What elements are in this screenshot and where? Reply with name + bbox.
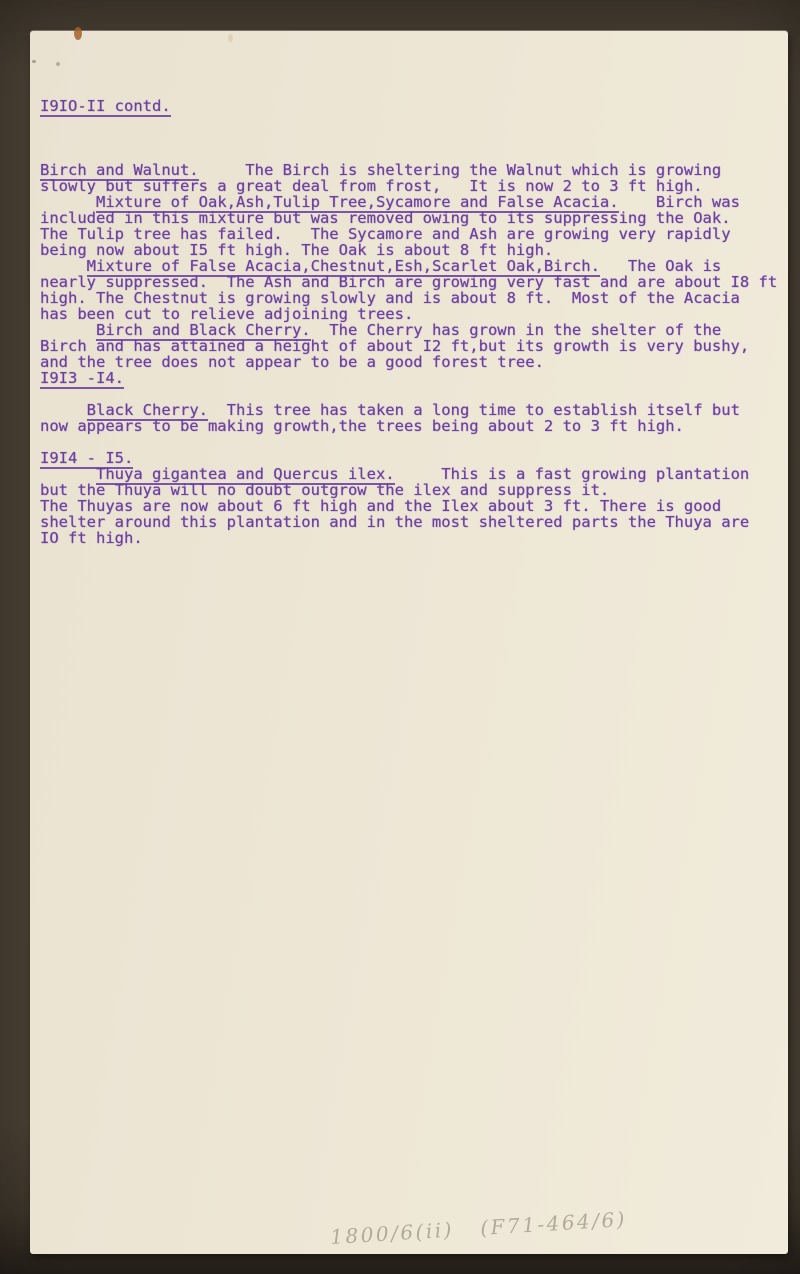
paper-speck — [32, 60, 36, 63]
typed-text-run: IO ft high. — [40, 529, 143, 547]
typed-line — [40, 130, 800, 146]
typewritten-text: I9IO-II contd. Birch and Walnut. The Bir… — [40, 98, 800, 546]
typed-line: The Tulip tree has failed. The Sycamore … — [40, 226, 800, 242]
typed-line: high. The Chestnut is growing slowly and… — [40, 290, 800, 306]
paper-stain-speck — [74, 27, 82, 40]
typed-line: has been cut to relieve adjoining trees. — [40, 306, 800, 322]
typed-text-run: shelter around this plantation and in th… — [40, 513, 749, 531]
typed-text-run: now appears to be making growth,the tree… — [40, 417, 684, 435]
typed-line: shelter around this plantation and in th… — [40, 514, 800, 530]
underlined-heading: I9I3 -I4. — [40, 369, 124, 389]
typed-line: Black Cherry. This tree has taken a long… — [40, 402, 800, 418]
typed-line: Birch and Walnut. The Birch is shelterin… — [40, 162, 800, 178]
typed-line: but the Thuya will no doubt outgrow the … — [40, 482, 800, 498]
typed-line: Mixture of False Acacia,Chestnut,Esh,Sca… — [40, 258, 800, 274]
pencil-annotation: 1800/6(ii) (F71-464/6) — [330, 1207, 628, 1249]
typed-line: I9I3 -I4. — [40, 370, 800, 386]
typed-line: Birch and Black Cherry. The Cherry has g… — [40, 322, 800, 338]
typed-line: Thuya gigantea and Quercus ilex. This is… — [40, 466, 800, 482]
typed-line: Mixture of Oak,Ash,Tulip Tree,Sycamore a… — [40, 194, 800, 210]
typed-line: I9IO-II contd. — [40, 98, 800, 114]
scan-background-mat: I9IO-II contd. Birch and Walnut. The Bir… — [0, 0, 800, 1274]
typed-line: slowly but suffers a great deal from fro… — [40, 178, 800, 194]
paper-speck — [228, 34, 233, 42]
typed-line — [40, 146, 800, 162]
typed-line: IO ft high. — [40, 530, 800, 546]
paper-speck — [56, 62, 60, 66]
document-page: I9IO-II contd. Birch and Walnut. The Bir… — [30, 31, 788, 1254]
typed-line — [40, 434, 800, 450]
typed-line: included in this mixture but was removed… — [40, 210, 800, 226]
typed-line: Birch and has attained a height of about… — [40, 338, 800, 354]
typed-line — [40, 386, 800, 402]
typed-line: and the tree does not appear to be a goo… — [40, 354, 800, 370]
underlined-heading: I9IO-II contd. — [40, 97, 171, 117]
typed-line: I9I4 - I5. — [40, 450, 800, 466]
typed-line: now appears to be making growth,the tree… — [40, 418, 800, 434]
typed-line: The Thuyas are now about 6 ft high and t… — [40, 498, 800, 514]
typed-line: nearly suppressed. The Ash and Birch are… — [40, 274, 800, 290]
typed-line: being now about I5 ft high. The Oak is a… — [40, 242, 800, 258]
